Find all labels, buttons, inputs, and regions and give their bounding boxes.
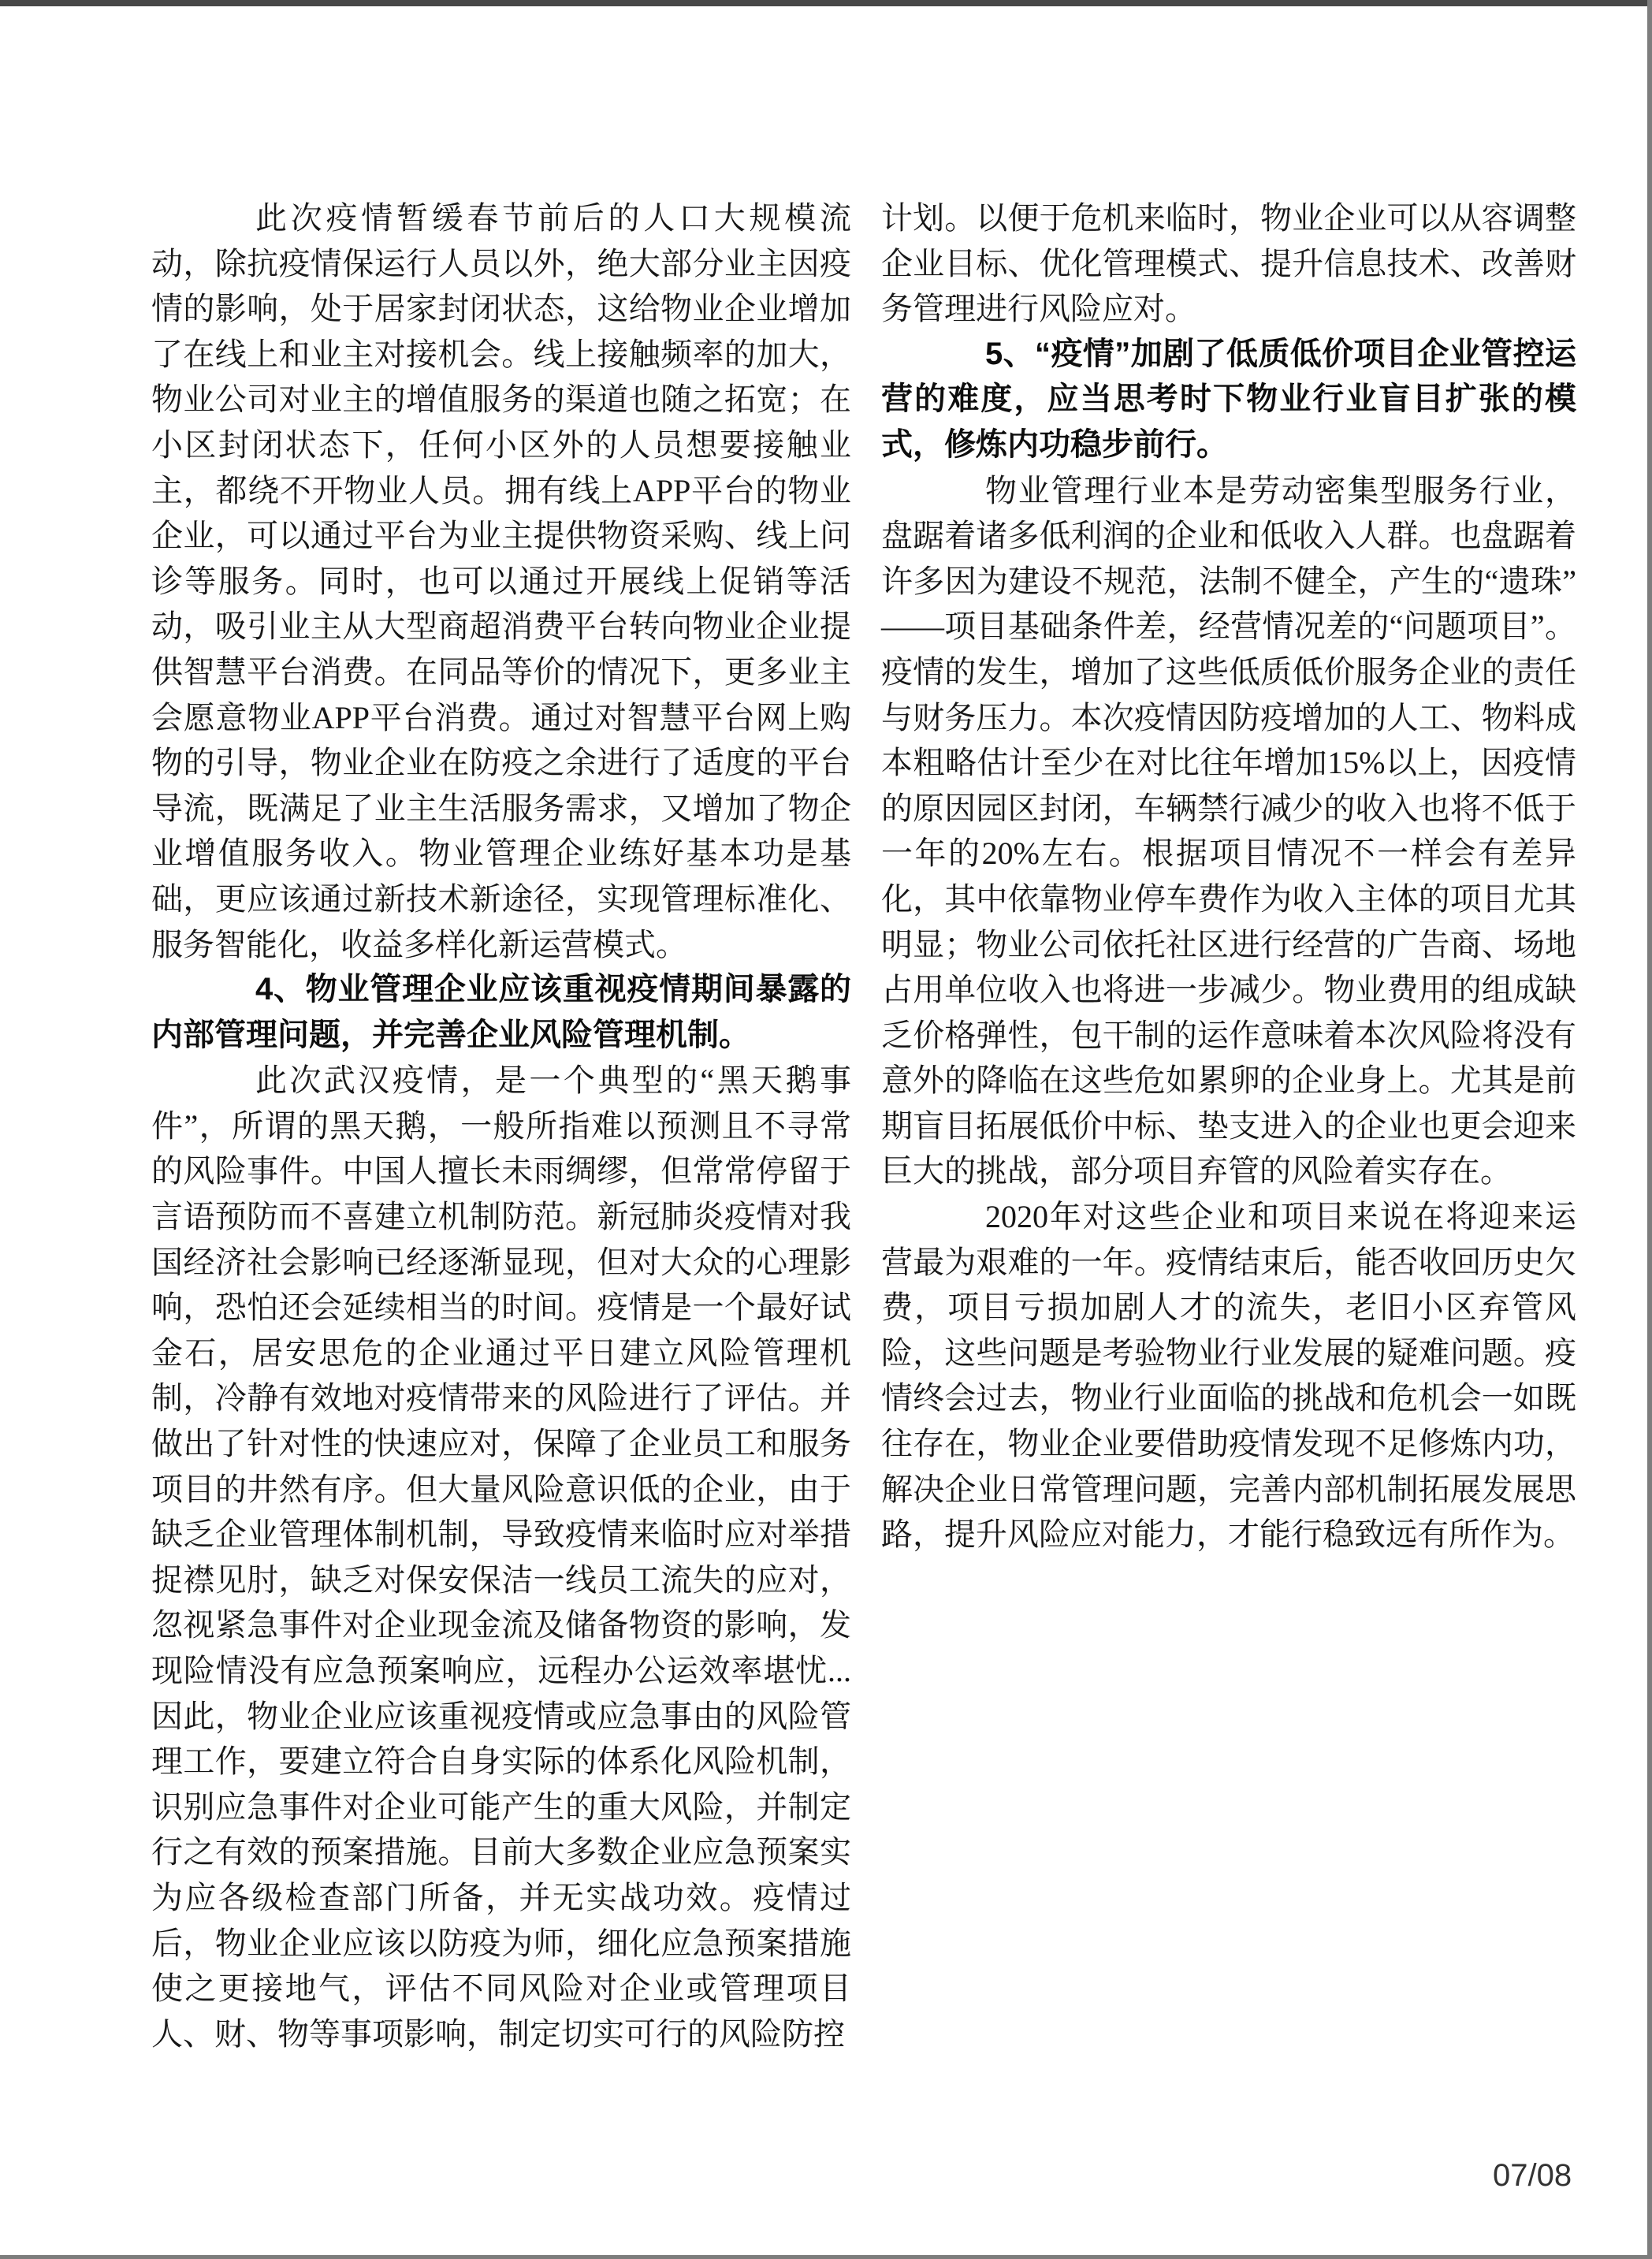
page-border-right [1647, 0, 1652, 2259]
paragraph-online-engagement: 此次疫情暂缓春节前后的人口大规模流动，除抗疫情保运行人员以外，绝大部分业主因疫情… [151, 195, 851, 967]
paragraph-low-price-projects: 物业管理行业本是劳动密集型服务行业，盘踞着诸多低利润的企业和低收入人群。也盘踞着… [881, 468, 1576, 1195]
paragraph-risk-plan-continuation: 计划。以便于危机来临时，物业企业可以从容调整企业目标、优化管理模式、提升信息技术… [881, 195, 1576, 332]
heading-section-5: 5、“疫情”加剧了低质低价项目企业管控运营的难度，应当思考时下物业行业盲目扩张的… [881, 332, 1576, 468]
document-page: { "page": { "page_number": "07/08" }, "c… [0, 0, 1652, 2259]
page-border-bottom [0, 2255, 1652, 2259]
left-column: 此次疫情暂缓春节前后的人口大规模流动，除抗疫情保运行人员以外，绝大部分业主因疫情… [151, 195, 851, 2056]
right-column: 计划。以便于危机来临时，物业企业可以从容调整企业目标、优化管理模式、提升信息技术… [881, 195, 1576, 1557]
paragraph-black-swan-risk: 此次武汉疫情，是一个典型的“黑天鹅事件”，所谓的黑天鹅，一般所指难以预测且不寻常… [151, 1058, 851, 2056]
heading-section-4: 4、物业管理企业应该重视疫情期间暴露的内部管理问题，并完善企业风险管理机制。 [151, 967, 851, 1058]
paragraph-2020-outlook: 2020年对这些企业和项目来说在将迎来运营最为艰难的一年。疫情结束后，能否收回历… [881, 1194, 1576, 1557]
page-border-top [0, 0, 1652, 6]
page-number: 07/08 [1493, 2158, 1572, 2194]
